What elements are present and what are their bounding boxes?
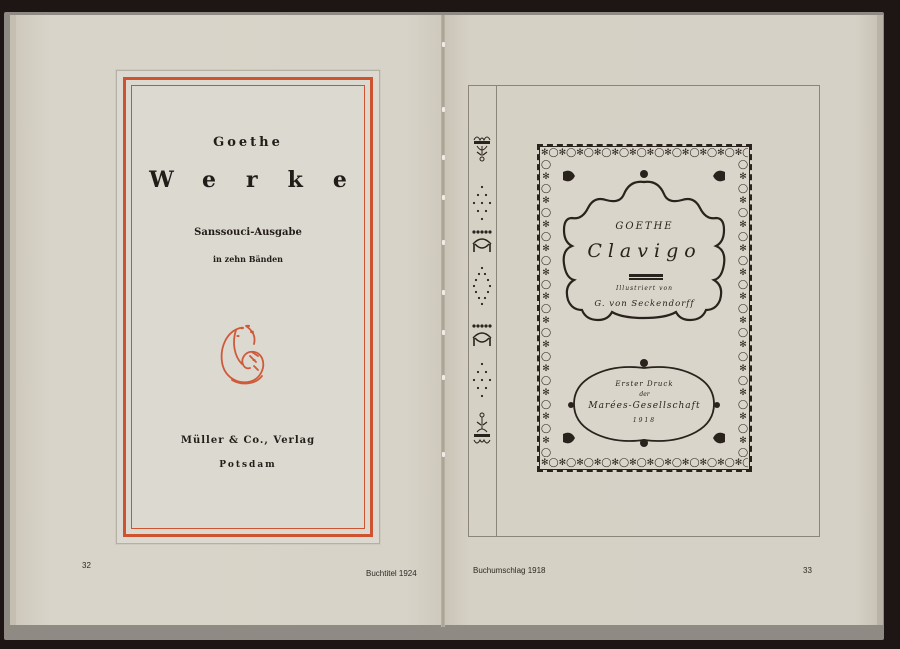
title-page-edition: Sanssouci-Ausgabe (117, 227, 379, 238)
binding-stitch (442, 290, 445, 295)
title-page-publisher: Müller & Co., Verlag (117, 435, 379, 446)
title-page-city: Potsdam (117, 460, 379, 470)
binding-stitch (442, 42, 445, 47)
binding-stitch (442, 240, 445, 245)
binding-stitch (442, 195, 445, 200)
title-rule (629, 274, 663, 278)
binding-stitch (442, 155, 445, 160)
g-monogram-icon (216, 322, 268, 388)
binding-stitch (442, 375, 445, 380)
title-page-author: Goethe (117, 135, 379, 150)
cover-title: Clavigo (537, 240, 752, 262)
cover-author: GOETHE (537, 221, 752, 232)
binding-stitch (442, 452, 445, 457)
clavigo-cover-design: ✻◯✻◯✻◯✻◯✻◯✻◯✻◯✻◯✻◯✻◯✻◯✻◯✻◯✻ ✻◯✻◯✻◯✻◯✻◯✻◯… (537, 144, 752, 472)
title-page-title: Werke (117, 167, 379, 193)
left-page-number: 32 (82, 561, 91, 570)
title-page-volumes: in zehn Bänden (117, 254, 379, 264)
right-page-caption: Buchumschlag 1918 (473, 566, 546, 575)
spine-ornament-icon (471, 132, 493, 492)
cover-year: 1918 (537, 417, 752, 424)
left-page-caption: Buchtitel 1924 (366, 569, 417, 578)
border-pattern-bottom: ✻◯✻◯✻◯✻◯✻◯✻◯✻◯✻◯✻◯✻◯✻◯✻◯✻◯✻ (541, 457, 748, 469)
cover-print-line-2: der (537, 391, 752, 398)
cover-illustrator: G. von Seckendorff (537, 299, 752, 309)
right-page-number: 33 (803, 566, 812, 575)
spine-strip (469, 86, 497, 536)
border-pattern-top: ✻◯✻◯✻◯✻◯✻◯✻◯✻◯✻◯✻◯✻◯✻◯✻◯✻◯✻ (541, 147, 748, 159)
binding-stitch (442, 330, 445, 335)
title-page-plate: Goethe Werke Sanssouci-Ausgabe in zehn B… (116, 70, 380, 544)
cover-print-line-1: Erster Druck (537, 380, 752, 388)
cover-society: Marées-Gesellschaft (537, 401, 752, 411)
binding-stitch (442, 107, 445, 112)
cover-illustrated-by-label: Illustriert von (537, 285, 752, 292)
